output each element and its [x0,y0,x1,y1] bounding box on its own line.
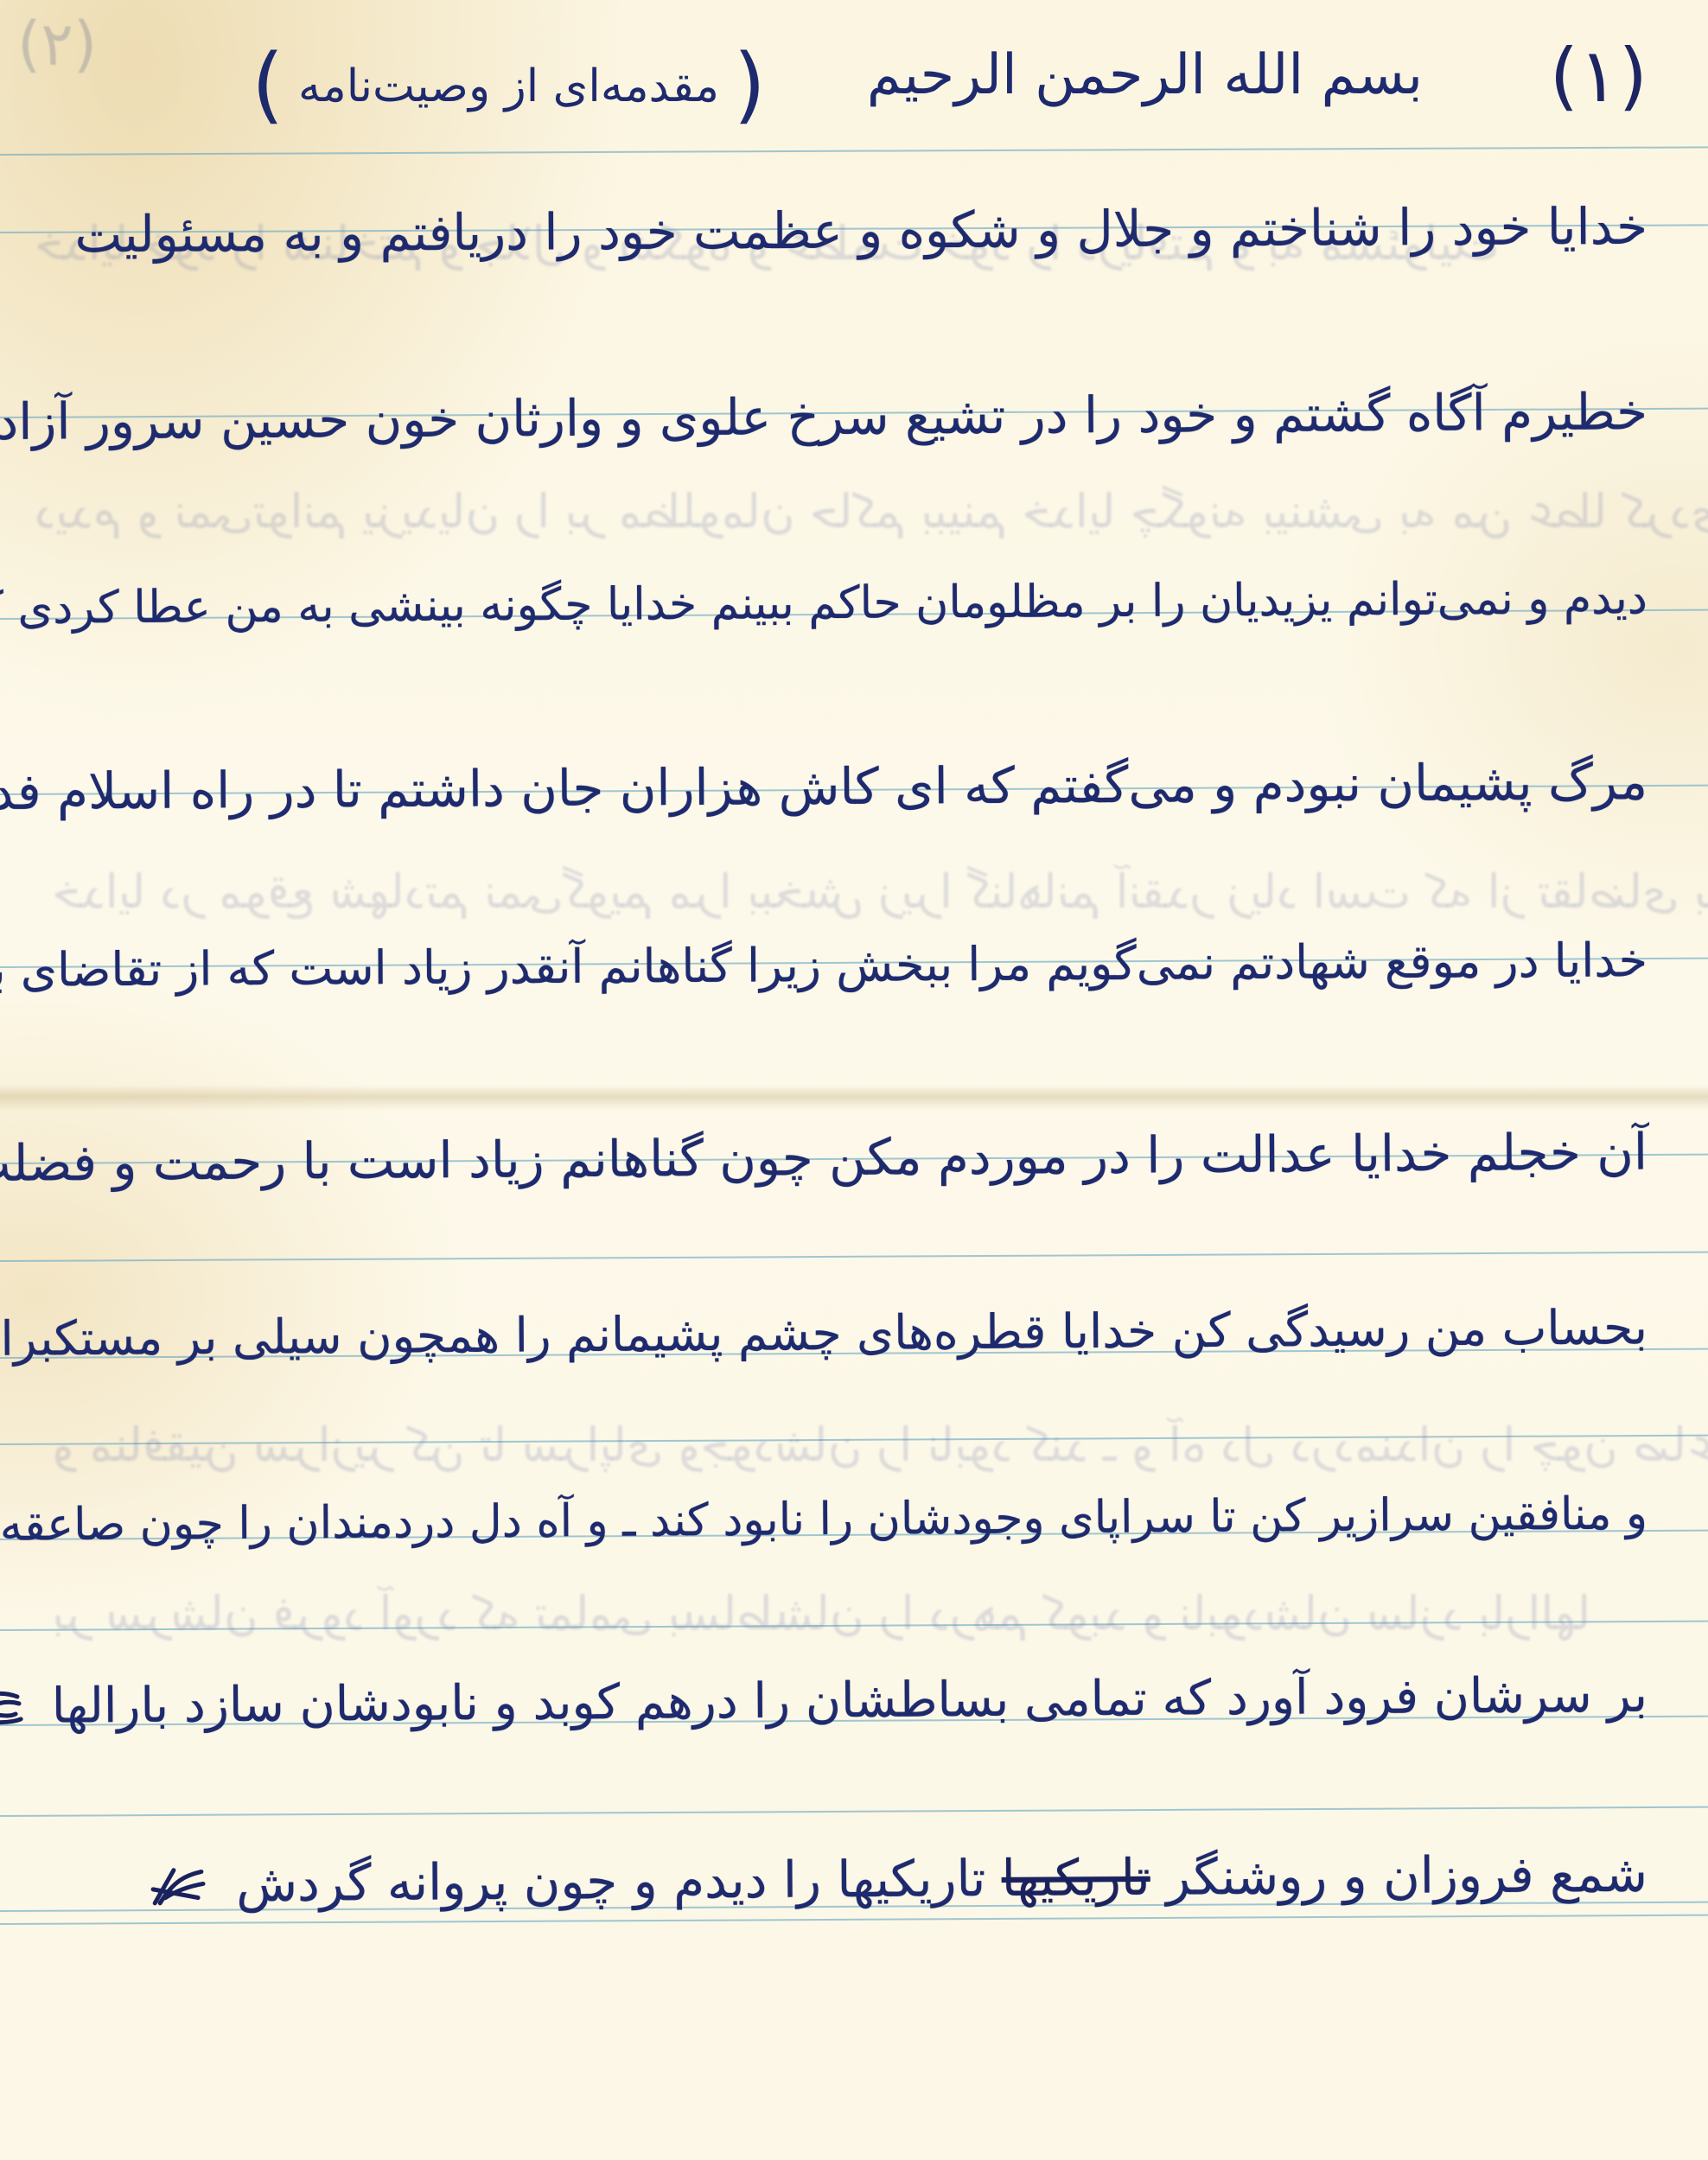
ruled-line [0,1621,1708,1631]
ruled-line [0,1252,1708,1262]
letter-line-5: خدایا در موقع شهادتم نمی‌گویم مرا ببخش ز… [35,933,1647,997]
show-through-text: و منافقین سرازیر کن تا سراپای وجودشان را… [52,1418,1708,1472]
scribble-mark-icon [0,1685,24,1730]
show-through-text: دیدم و نمی‌توانم یزیدیان را بر مظلومان ح… [35,484,1708,538]
line-10-text-after: تاریکیها را دیدم و چون پروانه گردش [236,1849,986,1913]
letter-page: (۲) خدایا خود را شناختم و جلال و شکوه و … [0,0,1708,2160]
open-paren: ( [734,36,766,133]
letter-line-3: دیدم و نمی‌توانم یزیدیان را بر مظلومان ح… [35,572,1647,634]
close-paren: ) [252,36,284,133]
show-through-text: خدایا در موقع شهادتم نمی‌گویم مرا ببخش ز… [52,864,1708,919]
line-9-text: بر سرشان فرود آورد که تمامی بساطشان را د… [52,1667,1648,1735]
letter-line-2: خطیرم آگاه گشتم و خود را در تشیع سرخ علو… [35,382,1647,450]
letter-header: (۱) بسم الله الرحمن الرحیم ( مقدمه‌ای از… [0,24,1708,154]
paper-fold [0,1085,1708,1111]
letter-line-8: و منافقین سرازیر کن تا سراپای وجودشان را… [35,1488,1647,1551]
basmala-heading: بسم الله الرحمن الرحیم [867,43,1423,107]
subtitle-text: مقدمه‌ای از وصیت‌نامه [298,61,719,112]
letter-line-4: مرگ پشیمان نبودم و می‌گفتم که ای کاش هزا… [35,752,1647,820]
show-through-text: بر سرشان فرود آورد که تمامی بساطشان را د… [52,1586,1590,1641]
scribble-mark-icon [148,1863,208,1908]
ruled-line [0,1915,1708,1925]
letter-line-1: خدایا خود را شناختم و جلال و شکوه و عظمت… [259,197,1647,263]
struck-out-word: تاریکیها [1001,1848,1150,1908]
letter-line-7: بحساب من رسیدگی کن خدایا قطره‌های چشم پش… [35,1299,1647,1366]
letter-subtitle: ( مقدمه‌ای از وصیت‌نامه ) [252,36,766,133]
line-10-text-before: شمع فروزان و روشنگر [1166,1845,1647,1907]
letter-line-6: آن خجلم خدایا عدالت را در موردم مکن چون … [35,1122,1647,1192]
ruled-line [0,1806,1708,1817]
letter-line-9: بر سرشان فرود آورد که تمامی بساطشان را د… [104,1667,1647,1734]
ruled-line [0,1435,1708,1445]
letter-line-10: شمع فروزان و روشنگر تاریکیها تاریکیها را… [112,1845,1647,1914]
page-number: (۱) [1550,33,1647,119]
